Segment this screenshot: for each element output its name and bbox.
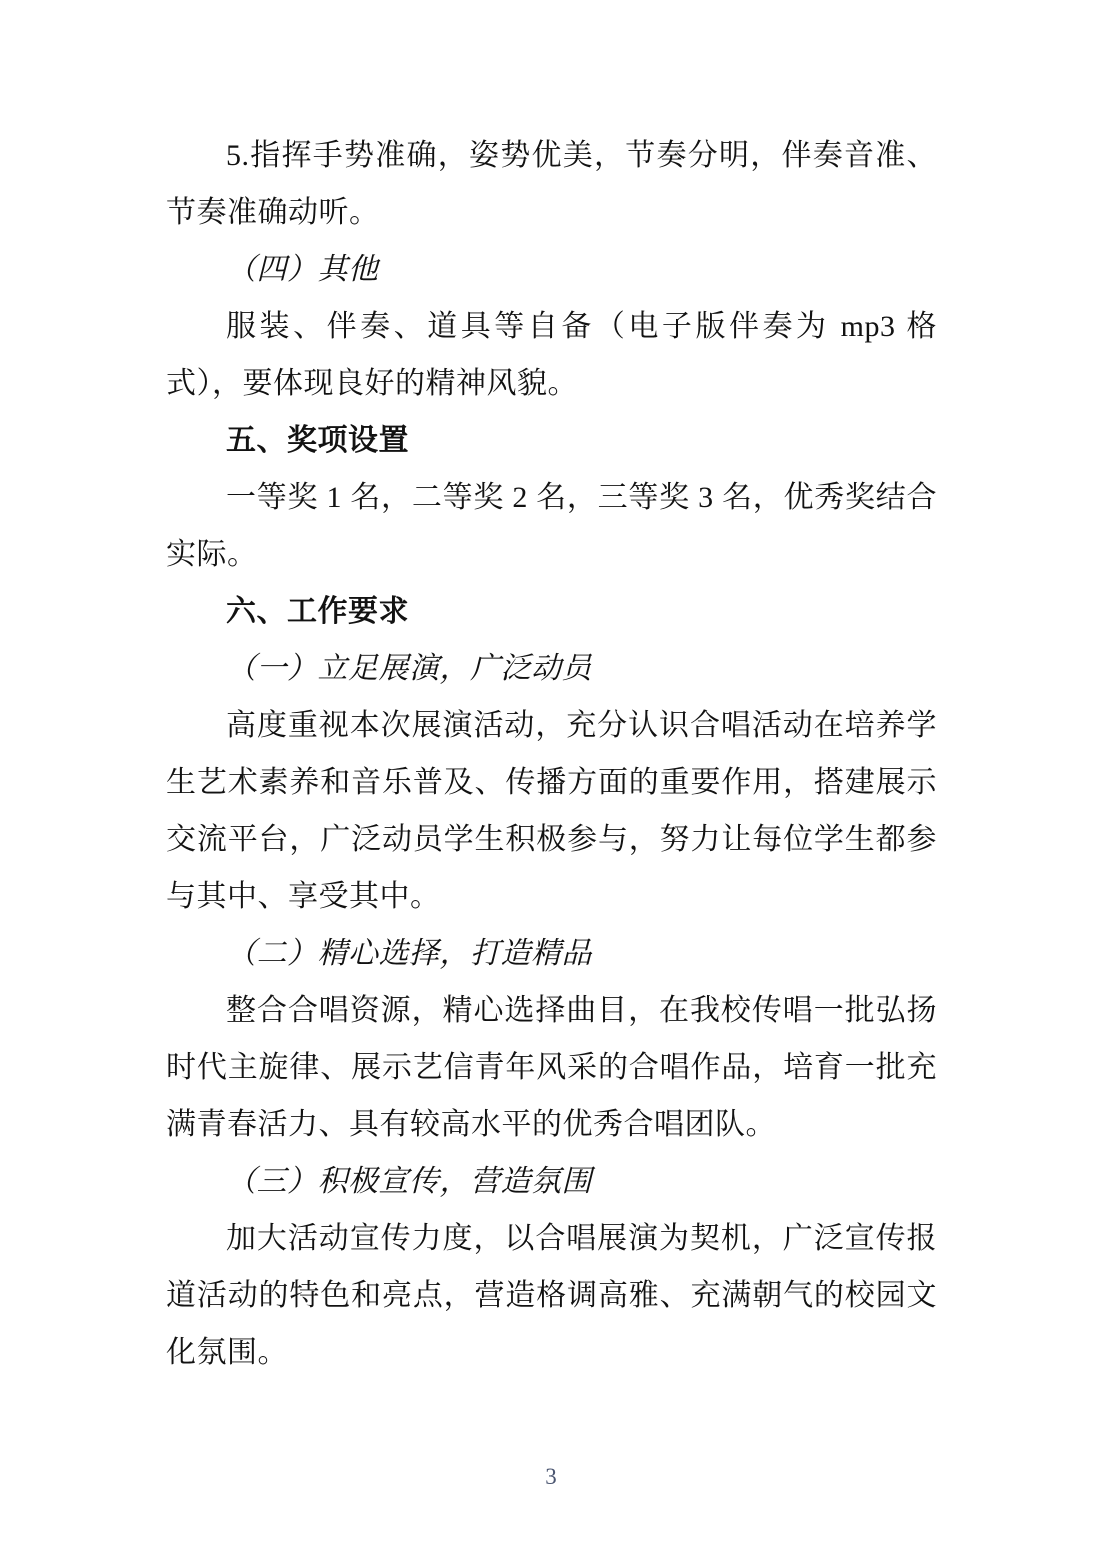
paragraph-selection-detail: 整合合唱资源，精心选择曲目，在我校传唱一批弘扬时代主旋律、展示艺信青年风采的合唱… — [166, 982, 937, 1153]
paragraph-publicity-detail: 加大活动宣传力度，以合唱展演为契机，广泛宣传报道活动的特色和亮点，营造格调高雅、… — [166, 1210, 937, 1381]
document-page: 5.指挥手势准确，姿势优美，节奏分明，伴奏音准、节奏准确动听。 （四）其他 服装… — [0, 0, 1102, 1559]
section-heading-5-awards: 五、奖项设置 — [166, 412, 937, 469]
paragraph-conductor-criteria: 5.指挥手势准确，姿势优美，节奏分明，伴奏音准、节奏准确动听。 — [166, 127, 937, 241]
subsection-heading-1-mobilization: （一）立足展演，广泛动员 — [166, 640, 937, 697]
subsection-heading-2-selection: （二）精心选择，打造精品 — [166, 925, 937, 982]
page-number: 3 — [545, 1464, 557, 1489]
subsection-heading-4-other: （四）其他 — [166, 241, 937, 298]
document-body: 5.指挥手势准确，姿势优美，节奏分明，伴奏音准、节奏准确动听。 （四）其他 服装… — [166, 127, 937, 1381]
paragraph-award-counts: 一等奖 1 名，二等奖 2 名，三等奖 3 名，优秀奖结合实际。 — [166, 469, 937, 583]
paragraph-mobilization-detail: 高度重视本次展演活动，充分认识合唱活动在培养学生艺术素养和音乐普及、传播方面的重… — [166, 697, 937, 925]
paragraph-costume-accompaniment: 服装、伴奏、道具等自备（电子版伴奏为 mp3 格式），要体现良好的精神风貌。 — [166, 298, 937, 412]
subsection-heading-3-publicity: （三）积极宣传，营造氛围 — [166, 1153, 937, 1210]
section-heading-6-work-requirements: 六、工作要求 — [166, 583, 937, 640]
page-footer: 3 — [0, 1463, 1102, 1491]
